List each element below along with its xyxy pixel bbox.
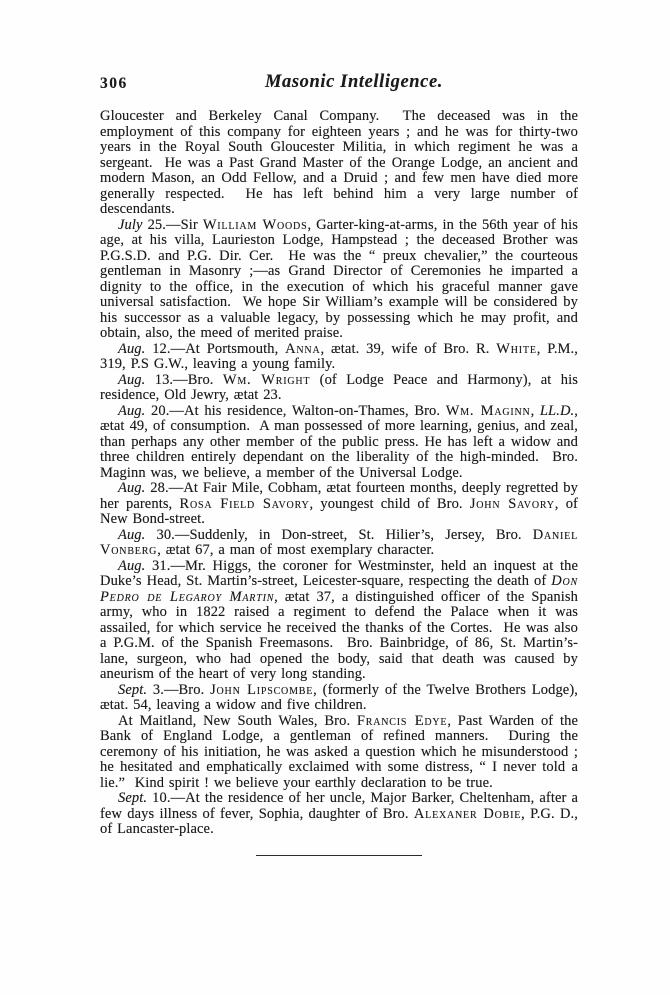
italic-segment: Aug. [118, 558, 145, 574]
text-segment: 12.—At Portsmouth, [145, 341, 285, 357]
italic-segment: LL.D. [540, 403, 574, 419]
italic-segment: Aug. [118, 480, 145, 496]
obituary-paragraph: Aug. 13.—Bro. Wm. Wright (of Lodge Peace… [100, 373, 578, 404]
person-name: Anna [285, 341, 320, 357]
body-text: Gloucester and Berkeley Canal Company. T… [100, 109, 578, 856]
page-title: Masonic Intelligence. [130, 72, 578, 93]
person-name: Alexaner Dobie [414, 806, 521, 822]
obituary-paragraph: Aug. 28.—At Fair Mile, Cobham, ætat four… [100, 481, 578, 528]
text-segment: , ætat. 39, wife of Bro. R. [320, 341, 496, 357]
text-segment: 13.—Bro. [145, 372, 222, 388]
page-header: 306 Masonic Intelligence. [100, 72, 578, 98]
text-segment: , ætat 67, a man of most exemplary chara… [157, 542, 434, 558]
text-segment: 3.—Bro. [147, 682, 210, 698]
scanned-document-page: 306 Masonic Intelligence. Gloucester and… [0, 0, 670, 995]
person-name: Francis Edye [357, 713, 447, 729]
italic-segment: Aug. [118, 527, 145, 543]
italic-segment: Sept. [118, 790, 147, 806]
obituary-paragraph: Sept. 10.—At the residence of her uncle,… [100, 791, 578, 838]
text-segment: 30.—Suddenly, in Don-street, St. Hilier’… [145, 527, 532, 543]
person-name: Wm. Maginn [446, 403, 531, 419]
page-number: 306 [100, 75, 128, 93]
obituary-paragraph: Gloucester and Berkeley Canal Company. T… [100, 109, 578, 218]
obituary-paragraph: Aug. 20.—At his residence, Walton-on-Tha… [100, 404, 578, 482]
text-segment: 31.—Mr. Higgs, the coroner for Westminst… [100, 558, 578, 590]
italic-segment: Aug. [118, 372, 145, 388]
text-segment: At Maitland, New South Wales, Bro. [118, 713, 357, 729]
person-name: John Savory [470, 496, 555, 512]
italic-segment: Aug. [118, 341, 145, 357]
text-segment: , [531, 403, 540, 419]
italic-segment: Aug. [118, 403, 145, 419]
text-segment: , youngest child of Bro. [310, 496, 470, 512]
person-name: Wm. Wright [223, 372, 310, 388]
text-segment: , Garter-king-at-arms, in the 56th year … [100, 217, 578, 342]
obituary-paragraph: At Maitland, New South Wales, Bro. Franc… [100, 714, 578, 792]
person-name: William Woods [203, 217, 308, 233]
text-segment: Gloucester and Berkeley Canal Company. T… [100, 108, 578, 217]
person-name: John Lipscombe [210, 682, 313, 698]
person-name: Rosa Field Savory [179, 496, 309, 512]
italic-segment: Sept. [118, 682, 147, 698]
obituary-paragraph: Aug. 30.—Suddenly, in Don-street, St. Hi… [100, 528, 578, 559]
person-name: White [496, 341, 536, 357]
obituary-paragraph: Aug. 31.—Mr. Higgs, the coroner for West… [100, 559, 578, 683]
obituary-paragraph: Sept. 3.—Bro. John Lipscombe, (formerly … [100, 683, 578, 714]
text-segment: 20.—At his residence, Walton-on-Thames, … [145, 403, 445, 419]
obituary-paragraph: July 25.—Sir William Woods, Garter-king-… [100, 218, 578, 342]
italic-segment: July [118, 217, 143, 233]
obituary-paragraph: Aug. 12.—At Portsmouth, Anna, ætat. 39, … [100, 342, 578, 373]
text-segment: 25.—Sir [143, 217, 203, 233]
section-end-rule [256, 855, 422, 856]
